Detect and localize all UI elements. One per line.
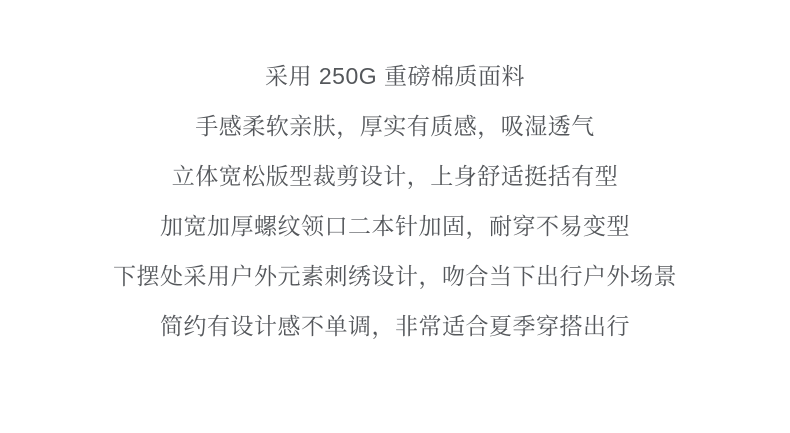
description-line-style: 简约有设计感不单调，非常适合夏季穿搭出行 — [0, 301, 790, 351]
description-line-feel: 手感柔软亲肤，厚实有质感，吸湿透气 — [0, 101, 790, 151]
description-line-collar: 加宽加厚螺纹领口二本针加固，耐穿不易变型 — [0, 201, 790, 251]
description-line-cut: 立体宽松版型裁剪设计，上身舒适挺括有型 — [0, 151, 790, 201]
description-line-embroidery: 下摆处采用户外元素刺绣设计，吻合当下出行户外场景 — [0, 251, 790, 301]
description-line-fabric: 采用 250G 重磅棉质面料 — [0, 51, 790, 101]
product-description: 采用 250G 重磅棉质面料 手感柔软亲肤，厚实有质感，吸湿透气 立体宽松版型裁… — [0, 0, 790, 351]
